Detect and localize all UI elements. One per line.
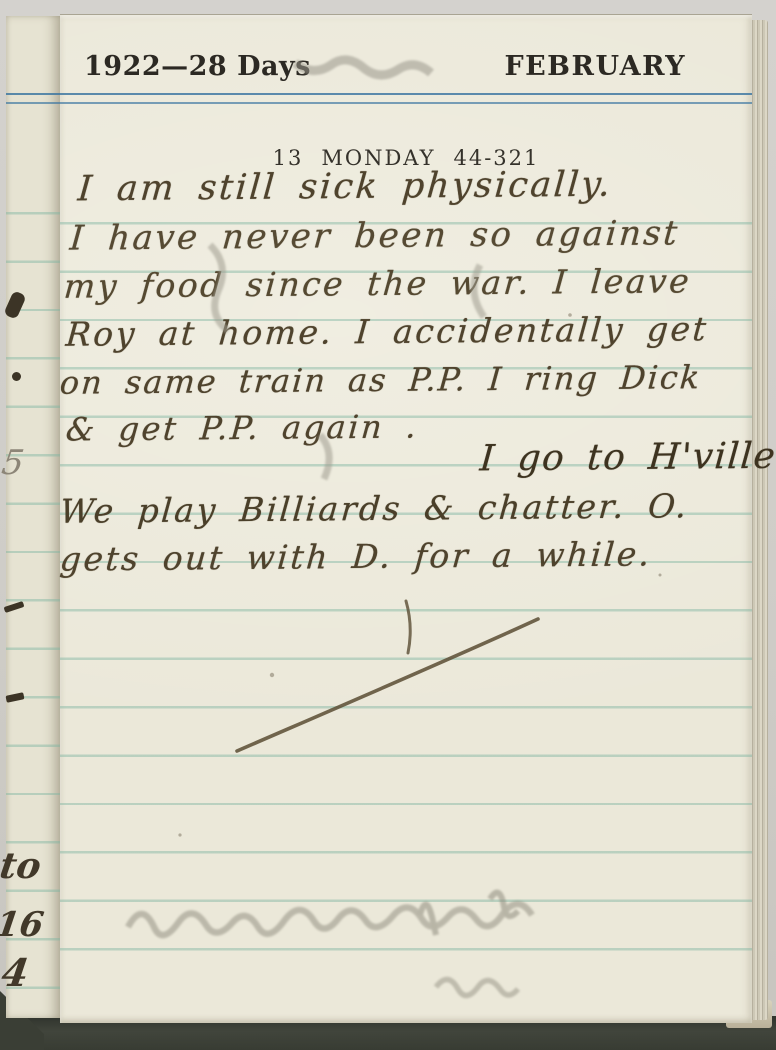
showthrough-header-ghost [295,60,431,75]
entry-line: Roy at home. I accidentally get [64,309,709,354]
header-double-rule [6,93,752,104]
day-number: 13 [273,146,304,170]
entry-line: on same train as P.P. I ring Dick [59,358,703,402]
entry-line: We play Billiards & chatter. O. [58,486,690,531]
ink-fragment: 4 [0,954,31,992]
entry-line: gets out with D. for a while. [58,534,653,578]
entry-line: I go to H'ville. [478,436,776,480]
ink-fragment: to [0,848,43,884]
gutter-previous-page-edge: 5 to 16 4 [6,16,60,1018]
page-stack-right-edge [750,20,768,1020]
month-label: FEBRUARY [504,51,686,82]
diary-photo: 5 to 16 4 1922—28 Days FEBRUARY 13MONDAY… [0,0,776,1050]
pen-tail-stroke [406,601,410,653]
ink-fragment: 16 [0,908,46,942]
entry-line: I have never been so against [68,213,681,258]
entry-line: I am still sick physically. [76,165,614,210]
year-days-label: 1922—28 Days [84,51,311,82]
flourish-stroke [237,619,538,751]
showthrough-bottom-ghost [128,893,532,996]
entry-line: my food since the war. I leave [62,261,692,306]
entry-line: & get P.P. again . [65,407,421,448]
diary-page: 1922—28 Days FEBRUARY 13MONDAY44-321 I a… [60,14,752,1023]
ink-fragment-dot [12,372,21,381]
